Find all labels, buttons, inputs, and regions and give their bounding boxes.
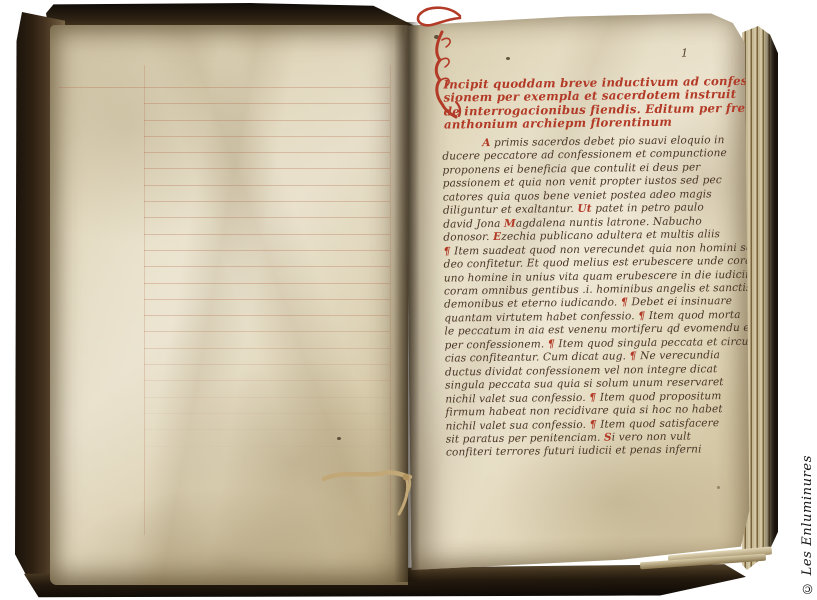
ink-speck (506, 57, 510, 60)
ruling-line (144, 152, 390, 168)
ruling-line (58, 87, 390, 103)
ruling-line (144, 397, 390, 413)
ruling-line (144, 120, 390, 136)
binding-thread-tie (320, 452, 424, 524)
ruling-line (144, 217, 390, 233)
ruling-line (144, 168, 390, 184)
ruling-line (144, 413, 390, 429)
ruling-line (144, 299, 390, 315)
manuscript-photo: 1 Incipit quoddam breve inductivum ad co… (0, 0, 817, 600)
ruling-line (144, 429, 390, 445)
ruling-line (144, 103, 390, 119)
body-block: A primis sacerdos debet pio suavi eloqui… (442, 134, 746, 461)
ink-speck (337, 437, 341, 440)
ruling-line (144, 266, 390, 282)
ruling-line (144, 331, 390, 347)
ruling-line (144, 348, 390, 364)
ruling-line (144, 315, 390, 331)
rubric-block: Incipit quoddam breve inductivum ad conf… (443, 75, 744, 132)
ruling-line (144, 250, 390, 266)
ruling-line (144, 136, 390, 152)
initial-flourish-pen-decoration (412, 2, 464, 122)
ruling-line (144, 283, 390, 299)
ruling-line (144, 234, 390, 250)
rubric-line: anthonium archiepm florentinum (444, 115, 744, 132)
manuscript-text-line: confiteri terrores futuri iudicii et pen… (446, 443, 746, 460)
copyright-watermark: © Les Enluminures (800, 455, 815, 596)
folio-number: 1 (681, 47, 688, 60)
ruled-lines (58, 87, 390, 467)
ruling-line (144, 185, 390, 201)
ink-speck (717, 486, 720, 489)
ruling-line (144, 201, 390, 217)
ruling-line (144, 380, 390, 396)
ruling-line (144, 364, 390, 380)
